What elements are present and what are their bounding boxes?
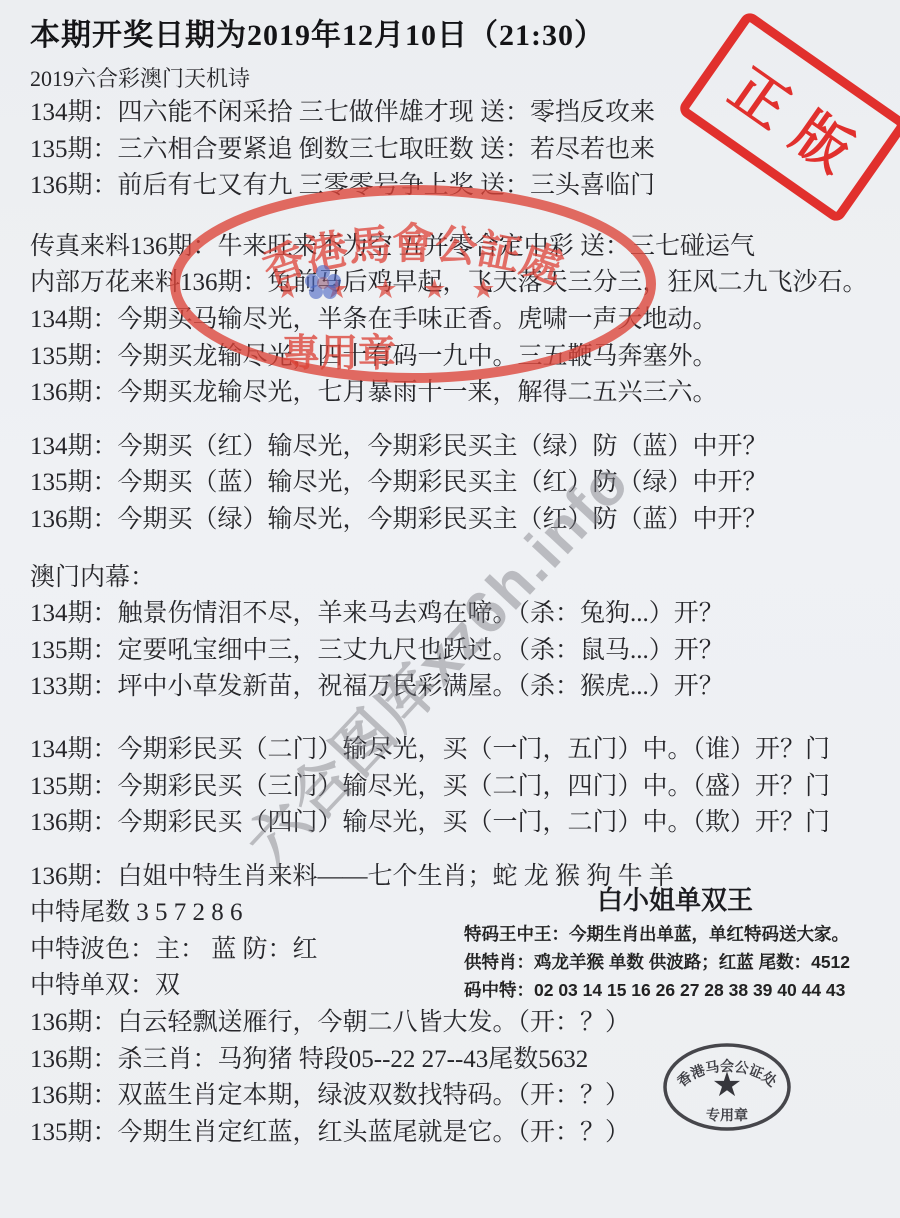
text-line: 136期：今期彩民买（四门）输尽光，买（一门，二门）中。（欺）开？门 <box>30 805 882 842</box>
text-line: 136期：白云轻飘送雁行，今朝二八皆大发。（开：？） <box>30 1005 882 1042</box>
section-door-bets: 134期：今期彩民买（二门）输尽光，买（一门，五门）中。（谁）开？门 135期：… <box>30 732 882 842</box>
notary-seal: 香港马会公证处 ★ 专用章 <box>659 1040 795 1134</box>
text-line: 供特肖：鸡龙羊猴 单数 供波路；红蓝 尾数：4512 <box>452 948 898 976</box>
text-line: 136期：今期买（绿）输尽光，今期彩民买主（红）防（蓝）中开？ <box>30 502 882 539</box>
text-line: 134期：今期买（红）输尽光，今期彩民买主（绿）防（蓝）中开？ <box>30 429 882 466</box>
seal-bottom-text: 專用章 <box>282 332 396 375</box>
text-line: 135期：今期彩民买（三门）输尽光，买（二门，四门）中。（盛）开？门 <box>30 769 882 806</box>
text-line: 134期：今期彩民买（二门）输尽光，买（一门，五门）中。（谁）开？门 <box>30 732 882 769</box>
notary-seal-bottom-text: 专用章 <box>706 1107 748 1124</box>
section-color-bets: 134期：今期买（红）输尽光，今期彩民买主（绿）防（蓝）中开？ 135期：今期买… <box>30 429 882 539</box>
baixiaojie-heading: 白小姐单双王 <box>452 884 898 916</box>
jockey-club-seal: 香港馬會公証處 ★ ★ ★ ★ ★ 專用章 <box>163 180 663 392</box>
baixiaojie-panel: 白小姐单双王 特码王中王：今期生肖出单蓝，单红特码送大家。 供特肖：鸡龙羊猴 单… <box>452 884 898 1004</box>
star-icon: ★ <box>712 1067 742 1104</box>
text-line: 135期：今期买（蓝）输尽光，今期彩民买主（红）防（绿）中开？ <box>30 465 882 502</box>
text-line: 码中特：02 03 14 15 16 26 27 28 38 39 40 44 … <box>452 976 898 1004</box>
text-line: 特码王中王：今期生肖出单蓝，单红特码送大家。 <box>452 920 898 948</box>
